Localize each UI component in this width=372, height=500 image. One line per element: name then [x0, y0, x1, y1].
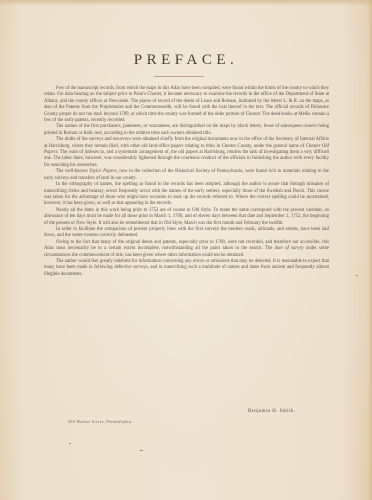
paragraph-text: In the orthography of names, the spellin…: [44, 182, 329, 206]
paragraph-text: Few of the manuscript records, from whic…: [44, 86, 329, 123]
paragraph-9: The author would feel greatly indebted f…: [44, 259, 329, 278]
paragraph-text: Nearly all the dates in this work being …: [44, 208, 329, 226]
italic-phrase-date-of-survey: date of survey: [275, 246, 304, 251]
title-divider: [154, 76, 204, 77]
author-address: 304 Walnut Street, Philadelphia.: [68, 419, 133, 424]
paragraph-2: The names of the first purchasers, paten…: [44, 124, 329, 137]
paper-speck: [356, 275, 358, 276]
paragraph-1: Few of the manuscript records, from whic…: [44, 86, 329, 124]
paper-speck: [140, 450, 143, 451]
paragraph-3: The drafts of the surveys and resurveys …: [44, 137, 329, 169]
paragraph-6: Nearly all the dates in this work being …: [44, 208, 329, 227]
paragraph-8: Owing to the fact that many of the origi…: [44, 240, 329, 259]
italic-title-taylor-papers: Taylor Papers,: [89, 169, 117, 174]
paragraph-5: In the orthography of names, the spellin…: [44, 182, 329, 208]
paragraph-7: In order to facilitate the comparison of…: [44, 227, 329, 240]
paragraph-text: In order to facilitate the comparison of…: [44, 227, 329, 238]
paragraph-text: The well-known: [56, 169, 89, 174]
author-signature: Benjamin H. Smith.: [248, 409, 295, 414]
page-title: PREFACE.: [0, 52, 372, 69]
paragraph-text: The author would feel greatly indebted f…: [44, 259, 329, 277]
preface-body: Few of the manuscript records, from whic…: [44, 86, 329, 278]
paragraph-text: The names of the first purchasers, paten…: [44, 124, 329, 135]
paper-speck: [69, 443, 71, 444]
scanned-page: PREFACE. Few of the manuscript records, …: [0, 0, 372, 500]
paragraph-text: The drafts of the surveys and resurveys …: [44, 137, 329, 148]
paragraph-text: The want of indexes to, and a systematic…: [44, 150, 329, 168]
paragraph-4: The well-known Taylor Papers, now in the…: [44, 169, 329, 182]
